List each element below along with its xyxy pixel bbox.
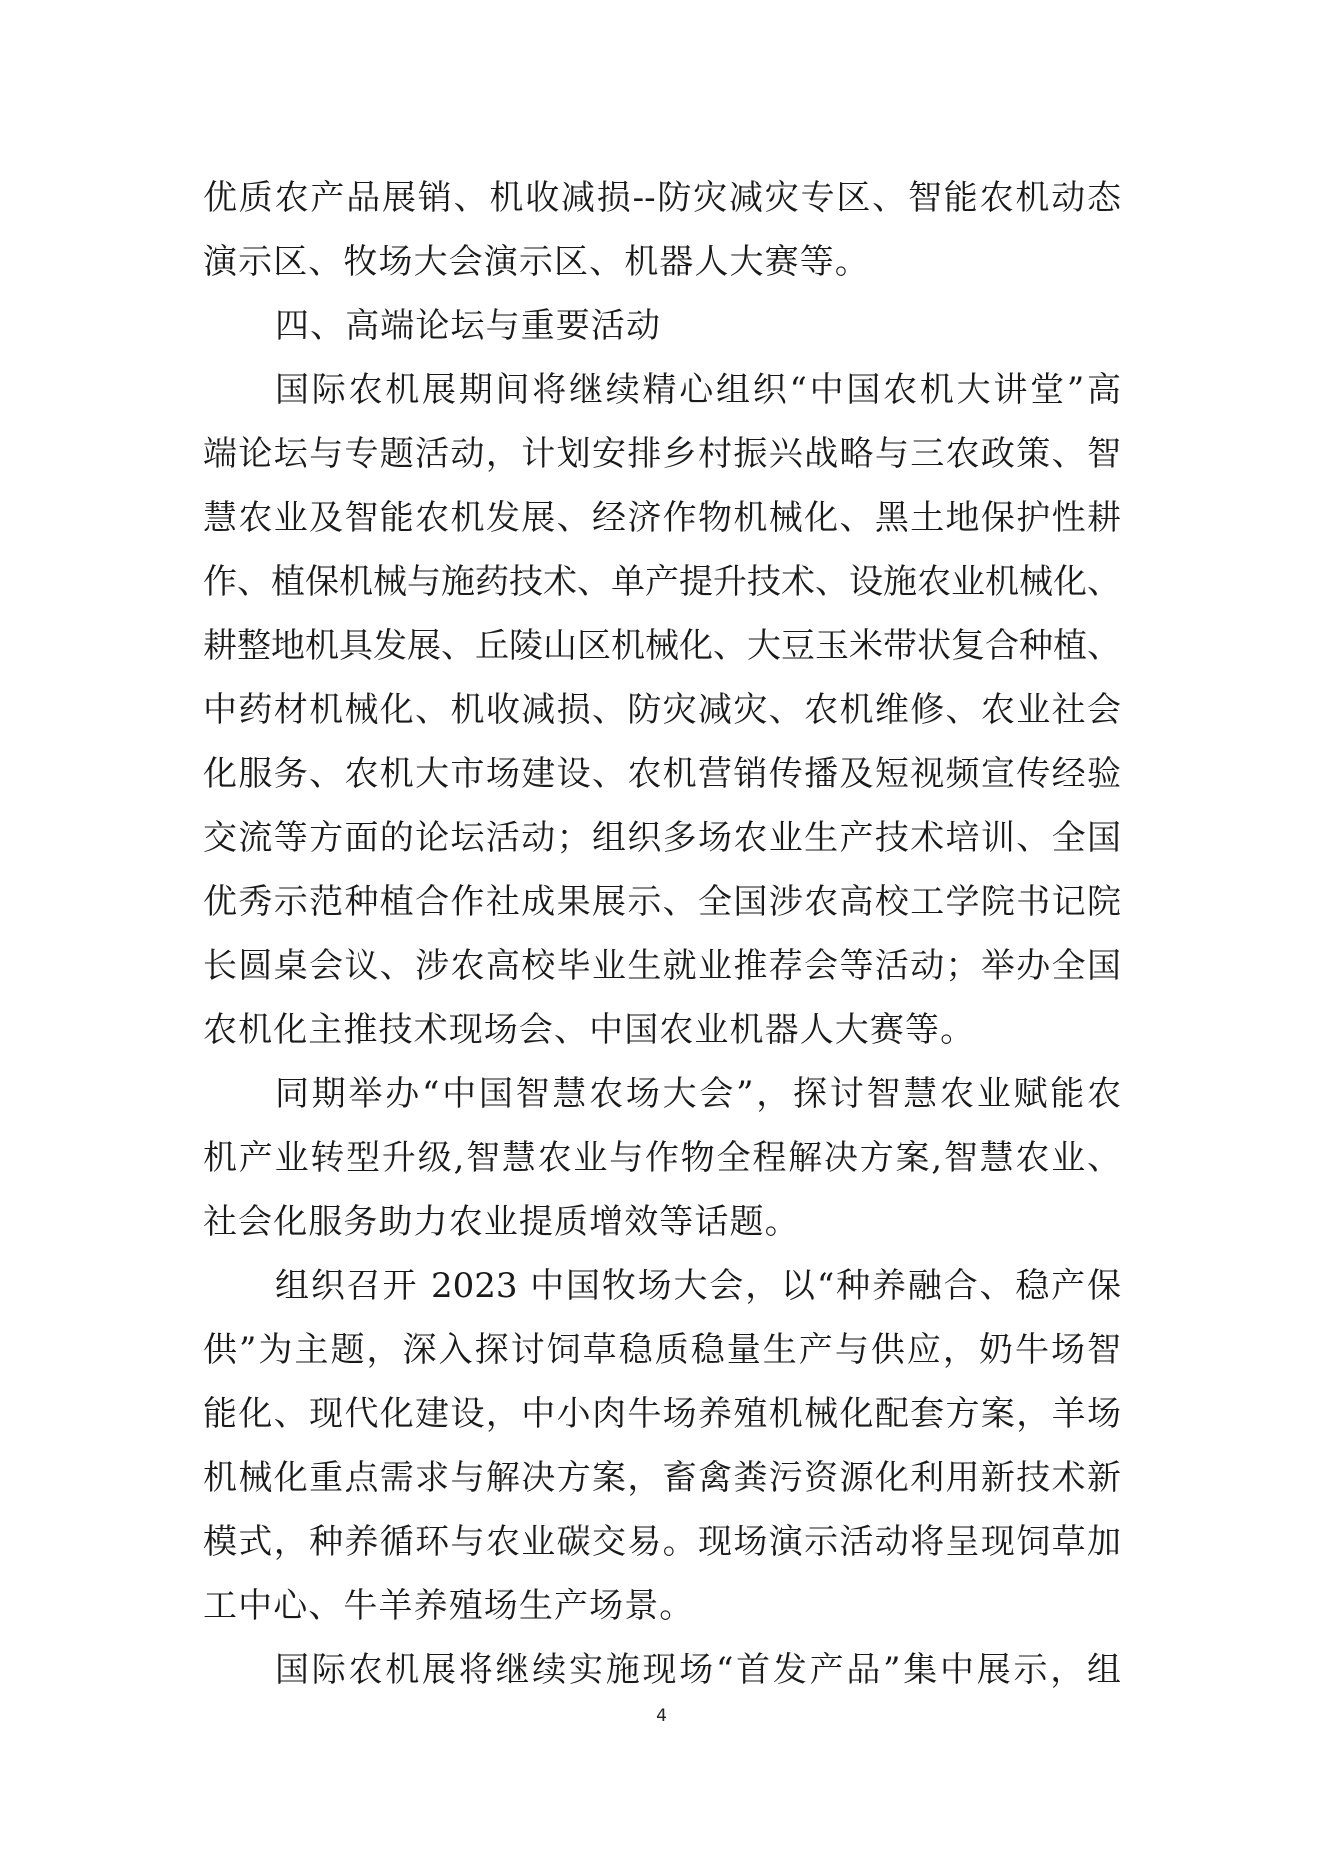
text-line: 优秀示范种植合作社成果展示、全国涉农高校工学院书记院 [203,880,1121,944]
paragraph-first-line: 组织召开 2023 中国牧场大会，以“种养融合、稳产保 [203,1264,1121,1328]
text-line: 交流等方面的论坛活动；组织多场农业生产技术培训、全国 [203,816,1121,880]
paragraph-first-line: 国际农机展期间将继续精心组织“中国农机大讲堂”高 [203,368,1121,432]
page-number: 4 [0,1706,1323,1726]
text-line: 工中心、牛羊养殖场生产场景。 [203,1584,1121,1648]
text-line: 端论坛与专题活动，计划安排乡村振兴战略与三农政策、智 [203,432,1121,496]
paragraph-first-line: 四、高端论坛与重要活动 [203,304,1121,368]
text-line: 模式，种养循环与农业碳交易。现场演示活动将呈现饲草加 [203,1520,1121,1584]
paragraph-first-line: 国际农机展将继续实施现场“首发产品”集中展示，组 [203,1648,1121,1712]
text-line: 优质农产品展销、机收减损--防灾减灾专区、智能农机动态 [203,176,1121,240]
text-line: 机产业转型升级,智慧农业与作物全程解决方案,智慧农业、 [203,1136,1121,1200]
text-line: 作、植保机械与施药技术、单产提升技术、设施农业机械化、 [203,560,1121,624]
text-line: 演示区、牧场大会演示区、机器人大赛等。 [203,240,1121,304]
body-text: 优质农产品展销、机收减损--防灾减灾专区、智能农机动态演示区、牧场大会演示区、机… [203,176,1121,1712]
text-line: 慧农业及智能农机发展、经济作物机械化、黑土地保护性耕 [203,496,1121,560]
text-line: 能化、现代化建设，中小肉牛场养殖机械化配套方案，羊场 [203,1392,1121,1456]
paragraph-first-line: 同期举办“中国智慧农场大会”，探讨智慧农业赋能农 [203,1072,1121,1136]
text-line: 耕整地机具发展、丘陵山区机械化、大豆玉米带状复合种植、 [203,624,1121,688]
text-line: 机械化重点需求与解决方案，畜禽粪污资源化利用新技术新 [203,1456,1121,1520]
text-line: 长圆桌会议、涉农高校毕业生就业推荐会等活动；举办全国 [203,944,1121,1008]
text-line: 社会化服务助力农业提质增效等话题。 [203,1200,1121,1264]
text-line: 中药材机械化、机收减损、防灾减灾、农机维修、农业社会 [203,688,1121,752]
text-line: 农机化主推技术现场会、中国农业机器人大赛等。 [203,1008,1121,1072]
text-line: 供”为主题，深入探讨饲草稳质稳量生产与供应，奶牛场智 [203,1328,1121,1392]
text-line: 化服务、农机大市场建设、农机营销传播及短视频宣传经验 [203,752,1121,816]
document-page: 优质农产品展销、机收减损--防灾减灾专区、智能农机动态演示区、牧场大会演示区、机… [0,0,1323,1871]
